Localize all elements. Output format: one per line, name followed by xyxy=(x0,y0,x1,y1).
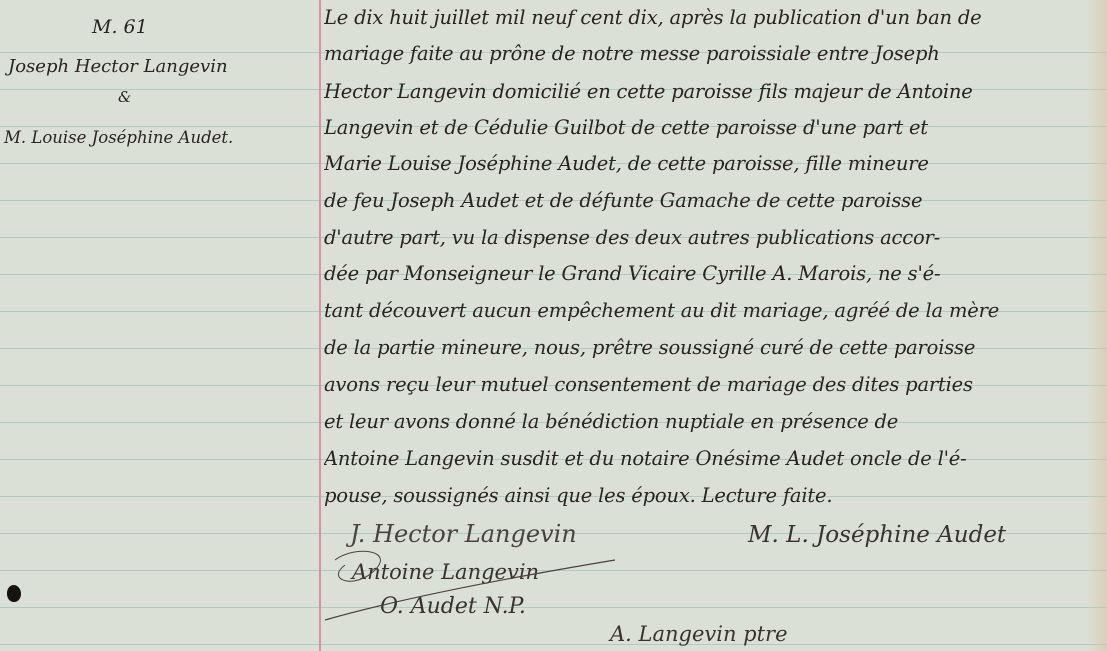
register-page: M. 61 Joseph Hector Langevin & M. Louise… xyxy=(0,0,1107,651)
body-line: Le dix huit juillet mil neuf cent dix, a… xyxy=(324,6,1104,29)
margin-conjunction: & xyxy=(118,88,131,106)
margin-groom-name: Joseph Hector Langevin xyxy=(8,56,228,77)
body-line: tant découvert aucun empêchement au dit … xyxy=(324,299,1104,322)
signature-flourish xyxy=(315,540,635,630)
body-line: d'autre part, vu la dispense des deux au… xyxy=(324,226,1104,249)
body-line: Marie Louise Joséphine Audet, de cette p… xyxy=(324,152,1104,175)
entry-number: M. 61 xyxy=(92,16,148,38)
body-line: mariage faite au prône de notre messe pa… xyxy=(324,42,1104,65)
body-line: dée par Monseigneur le Grand Vicaire Cyr… xyxy=(324,262,1104,285)
body-line: de la partie mineure, nous, prêtre souss… xyxy=(324,336,1104,359)
signature-priest: A. Langevin ptre xyxy=(610,622,788,646)
body-line: avons reçu leur mutuel consentement de m… xyxy=(324,373,1104,396)
body-line: et leur avons donné la bénédiction nupti… xyxy=(324,410,1104,433)
body-line: Antoine Langevin susdit et du notaire On… xyxy=(324,447,1104,470)
margin-bride-name: M. Louise Joséphine Audet. xyxy=(4,128,233,147)
body-line: Hector Langevin domicilié en cette paroi… xyxy=(324,80,1104,103)
signature-bride: M. L. Joséphine Audet xyxy=(748,522,1006,548)
ink-blot xyxy=(7,585,21,602)
body-line: de feu Joseph Audet et de défunte Gamach… xyxy=(324,189,1104,212)
body-line: pouse, soussignés ainsi que les époux. L… xyxy=(324,484,1104,507)
body-line: Langevin et de Cédulie Guilbot de cette … xyxy=(324,116,1104,139)
